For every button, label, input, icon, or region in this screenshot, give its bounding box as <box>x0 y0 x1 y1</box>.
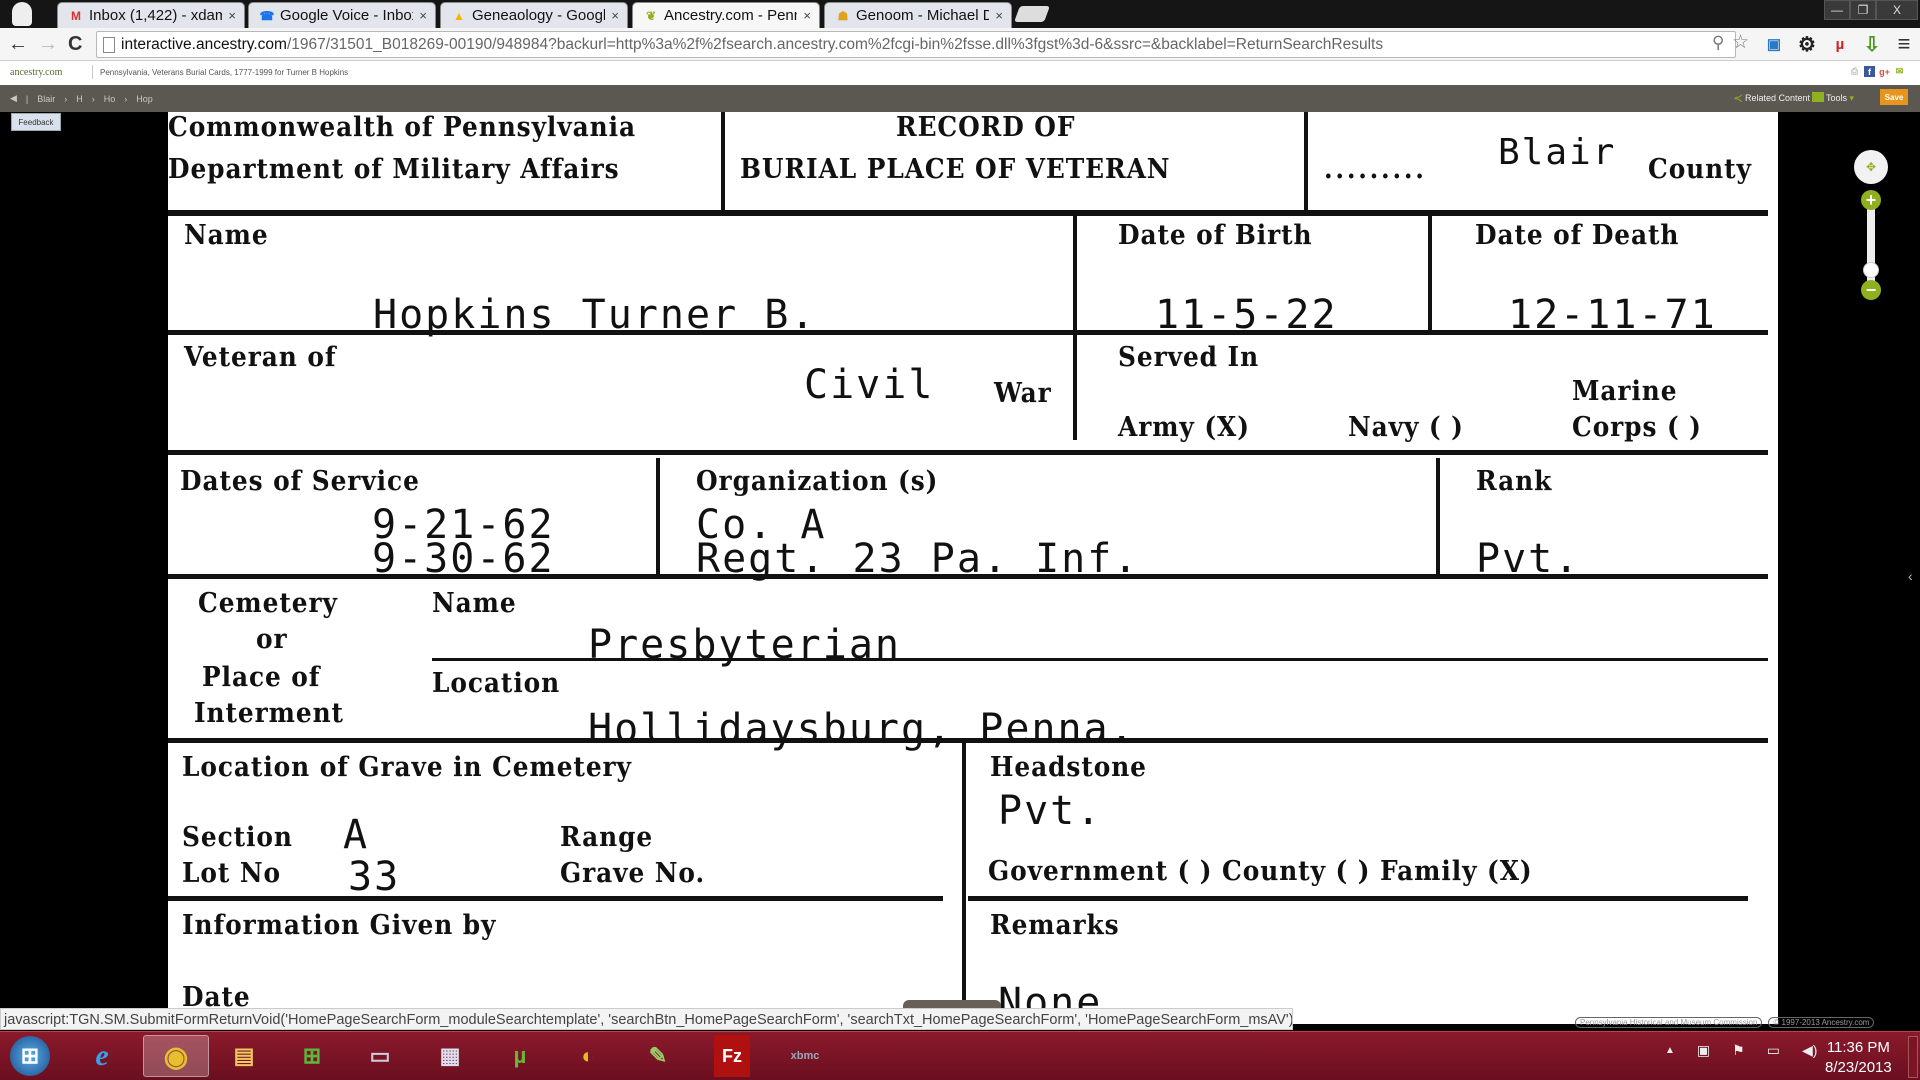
date-of-birth-label: Date of Birth <box>1118 220 1312 251</box>
restore-button[interactable]: ❐ <box>1850 0 1876 20</box>
collapse-arrow-icon[interactable]: ◀ <box>10 93 17 104</box>
jdownloader-icon[interactable]: ◐ <box>566 1035 610 1077</box>
county-dots: ......... <box>1324 154 1427 185</box>
start-button[interactable]: ⊞ <box>10 1036 50 1076</box>
card-header-burial-place: BURIAL PLACE OF VETERAN <box>740 154 1170 185</box>
cemetery-name-label: Name <box>432 588 517 619</box>
back-button[interactable]: ← <box>8 33 28 56</box>
cemetery-label-2: or <box>256 624 287 655</box>
marine-label: Marine <box>1572 376 1678 407</box>
browser-toolbar: ← → C interactive.ancestry.com/1967/3150… <box>0 28 1920 61</box>
card-header-record-of: RECORD OF <box>896 112 1075 143</box>
ancestry-logo[interactable]: ancestry.com <box>10 67 62 78</box>
divider <box>1428 216 1432 332</box>
bookmark-star-icon[interactable]: ☆ <box>1732 31 1749 54</box>
image-tools-icon <box>1812 92 1824 102</box>
organizations-label: Organization (s) <box>696 466 938 497</box>
tab-title: Ancestry.com - Penns <box>664 7 797 24</box>
action-center-flag-icon[interactable]: ⚑ <box>1732 1042 1745 1059</box>
card-header-department: Department of Military Affairs <box>168 154 620 185</box>
breadcrumb-item[interactable]: Ho <box>104 94 116 104</box>
pan-control-icon[interactable]: ✥ <box>1854 150 1888 184</box>
zoom-slider-handle[interactable] <box>1863 262 1879 278</box>
show-hidden-icons-button[interactable]: ▲ <box>1665 1042 1675 1059</box>
section-label: Section <box>182 822 293 853</box>
url-path: /1967/31501_B018269-00190/948984?backurl… <box>287 36 1383 53</box>
divider <box>168 330 1768 335</box>
cemetery-label-3: Place of <box>202 662 320 693</box>
utorrent-error-extension-icon[interactable]: µ <box>1828 32 1852 56</box>
info-given-by-label: Information Given by <box>182 910 496 941</box>
tab-google-voice[interactable]: ☎ Google Voice - Inbox × <box>248 2 436 28</box>
army-checkbox-label: Army (X) <box>1118 412 1250 443</box>
print-icon[interactable]: ⎙ <box>1849 66 1860 77</box>
system-tray: ▲ ▣ ⚑ ▭ ◀) <box>1665 1042 1817 1059</box>
feedback-button[interactable]: Feedback <box>11 113 61 131</box>
url-host: interactive.ancestry.com <box>121 36 287 53</box>
county-label: County <box>1648 154 1752 185</box>
utorrent-icon[interactable]: µ <box>498 1035 542 1077</box>
divider <box>168 738 1768 743</box>
tab-ancestry[interactable]: ❦ Ancestry.com - Penns × <box>632 2 820 28</box>
filezilla-icon[interactable]: Fz <box>714 1035 750 1077</box>
divider <box>1436 458 1440 576</box>
copyright-credit: © 1997-2013 Ancestry.com <box>1768 1017 1874 1028</box>
google-voice-icon: ☎ <box>259 8 275 24</box>
windows-taskbar: ⊞ e ◉ ▤ ⊞ ▭ ▦ µ ◐ ✎ Fz xbmc ▲ ▣ ⚑ ▭ ◀) 1… <box>0 1031 1920 1080</box>
headstone-type-options: Government ( ) County ( ) Family (X) <box>988 856 1533 887</box>
divider <box>92 65 93 79</box>
tools-label: Tools <box>1826 93 1847 103</box>
tools-dropdown[interactable]: Tools ▾ <box>1826 93 1854 104</box>
image-credits: Pennsylvania Historical and Museum Commi… <box>1575 1017 1874 1028</box>
grave-no-label: Grave No. <box>560 858 705 889</box>
link-status-bubble: javascript:TGN.SM.SubmitFormReturnVoid('… <box>0 1008 1293 1030</box>
image-viewer-toolbar: ◀ | Blair › H › Ho › Hop ≺ Related Conte… <box>0 85 1920 112</box>
zoom-in-button[interactable]: + <box>1861 190 1881 210</box>
remarks-label: Remarks <box>990 910 1120 941</box>
cemetery-location-value: Hollidaysburg, Penna. <box>588 706 1136 752</box>
cemetery-label-1: Cemetery <box>198 588 338 619</box>
divider <box>168 896 943 901</box>
reload-button[interactable]: C <box>68 33 82 56</box>
xbmc-icon[interactable]: xbmc <box>780 1035 830 1077</box>
cemetery-name-value: Presbyterian <box>588 622 901 668</box>
chevron-right-icon: › <box>92 94 95 104</box>
address-bar[interactable]: interactive.ancestry.com/1967/31501_B018… <box>96 31 1736 58</box>
gmail-icon: M <box>68 8 84 24</box>
headstone-label: Headstone <box>990 752 1147 783</box>
profile-avatar-icon[interactable] <box>12 2 32 26</box>
breadcrumb: ◀ | Blair › H › Ho › Hop <box>10 93 153 104</box>
divider <box>1304 112 1308 210</box>
volume-icon[interactable]: ◀) <box>1802 1042 1817 1059</box>
network-app-icon[interactable]: ▣ <box>1697 1042 1710 1059</box>
tab-title: Google Voice - Inbox <box>280 7 413 24</box>
divider <box>168 210 1768 216</box>
burial-record-card-image[interactable]: Commonwealth of Pennsylvania Department … <box>168 112 1778 1024</box>
close-tab-icon[interactable]: × <box>803 8 811 23</box>
tab-gmail[interactable]: M Inbox (1,422) - xdam × <box>57 2 245 28</box>
file-explorer-icon[interactable]: ▤ <box>222 1035 266 1077</box>
county-value: Blair <box>1498 132 1616 173</box>
tab-geneaology-drive[interactable]: ▲ Geneaology - Google × <box>440 2 628 28</box>
settings-extension-icon[interactable]: ⚙ <box>1795 32 1819 56</box>
download-extension-icon[interactable]: ⇩ <box>1860 32 1884 56</box>
side-panel-toggle-icon[interactable]: ‹ <box>1908 568 1913 584</box>
divider <box>721 112 725 210</box>
chrome-icon[interactable]: ◉ <box>143 1035 209 1077</box>
facebook-icon[interactable]: f <box>1864 66 1875 77</box>
minimize-button[interactable]: — <box>1824 0 1850 20</box>
search-icon[interactable]: ⚲ <box>1712 33 1724 53</box>
corps-checkbox-label: Corps ( ) <box>1572 412 1702 443</box>
divider: | <box>26 94 28 104</box>
google-plus-icon[interactable]: g+ <box>1879 66 1890 77</box>
tab-title: Inbox (1,422) - xdam <box>89 7 222 24</box>
headstone-value: Pvt. <box>998 788 1102 834</box>
divider <box>168 450 1768 455</box>
share-nodes-icon: ≺ <box>1733 91 1743 105</box>
network-icon[interactable]: ▭ <box>1767 1042 1780 1059</box>
system-clock[interactable]: 11:36 PM 8/23/2013 <box>1825 1038 1892 1078</box>
navy-checkbox-label: Navy ( ) <box>1348 412 1464 443</box>
google-drive-icon: ▲ <box>451 8 467 24</box>
breadcrumb-item[interactable]: H <box>76 94 83 104</box>
close-tab-icon[interactable]: × <box>995 8 1003 23</box>
tab-genoom[interactable]: ☗ Genoom - Michael D × <box>824 2 1012 28</box>
tab-title: Geneaology - Google <box>472 7 605 24</box>
close-tab-icon[interactable]: × <box>611 8 619 23</box>
zoom-out-button[interactable]: − <box>1861 280 1881 300</box>
close-window-button[interactable]: X <box>1876 0 1918 20</box>
notepad-plus-plus-icon[interactable]: ✎ <box>636 1035 680 1077</box>
clock-date: 8/23/2013 <box>1825 1058 1892 1078</box>
rank-label: Rank <box>1476 466 1552 497</box>
chrome-menu-icon[interactable]: ≡ <box>1892 32 1916 56</box>
divider <box>432 658 1768 661</box>
date-of-death-label: Date of Death <box>1475 220 1679 251</box>
cemetery-location-label: Location <box>432 668 560 699</box>
collection-title: Pennsylvania, Veterans Burial Cards, 177… <box>100 68 348 77</box>
source-credit: Pennsylvania Historical and Museum Commi… <box>1575 1017 1762 1028</box>
ancestry-header: ancestry.com Pennsylvania, Veterans Buri… <box>0 61 1920 85</box>
windows-media-center-icon[interactable]: ⊞ <box>290 1035 334 1077</box>
chevron-down-icon: ▾ <box>1850 93 1855 103</box>
grave-location-label: Location of Grave in Cemetery <box>182 752 632 783</box>
close-tab-icon[interactable]: × <box>228 8 236 23</box>
clock-time: 11:36 PM <box>1825 1038 1892 1058</box>
ancestry-leaf-icon: ❦ <box>643 8 659 24</box>
range-label: Range <box>560 822 653 853</box>
close-tab-icon[interactable]: × <box>419 8 427 23</box>
genoom-icon: ☗ <box>835 8 851 24</box>
divider <box>962 742 966 1024</box>
lot-no-label: Lot No <box>182 858 281 889</box>
chevron-right-icon: › <box>64 94 67 104</box>
browser-tab-strip: M Inbox (1,422) - xdam × ☎ Google Voice … <box>0 0 1920 28</box>
remote-desktop-icon[interactable]: ▭ <box>358 1035 402 1077</box>
save-button[interactable]: Save <box>1880 89 1908 105</box>
show-desktop-button[interactable] <box>1908 1036 1918 1078</box>
tab-title: Genoom - Michael D <box>856 7 989 24</box>
war-label: War <box>994 378 1052 409</box>
divider <box>168 574 1768 579</box>
page-icon <box>103 37 115 53</box>
screen-capture-extension-icon[interactable]: ▣ <box>1762 32 1786 56</box>
divider <box>1073 216 1077 440</box>
internet-explorer-icon[interactable]: e <box>80 1035 124 1077</box>
windows-security-icon[interactable]: ▦ <box>428 1035 472 1077</box>
breadcrumb-item[interactable]: Hop <box>136 94 153 104</box>
served-in-label: Served In <box>1118 342 1259 373</box>
chevron-right-icon: › <box>124 94 127 104</box>
veteran-of-label: Veteran of <box>184 342 336 373</box>
section-value: A <box>343 812 369 858</box>
card-header-commonwealth: Commonwealth of Pennsylvania <box>168 112 636 143</box>
email-icon[interactable]: ✉ <box>1894 66 1905 77</box>
divider <box>968 896 1748 901</box>
dates-of-service-label: Dates of Service <box>180 466 420 497</box>
cemetery-label-4: Interment <box>194 698 344 729</box>
image-zoom-control: ✥ + − <box>1852 148 1892 308</box>
name-label: Name <box>184 220 269 251</box>
new-tab-button[interactable] <box>1014 6 1050 22</box>
breadcrumb-item[interactable]: Blair <box>37 94 55 104</box>
divider <box>656 458 660 576</box>
lot-no-value: 33 <box>348 854 400 900</box>
related-content-button[interactable]: Related Content <box>1745 93 1810 103</box>
veteran-of-value: Civil <box>804 362 934 408</box>
forward-button[interactable]: → <box>38 33 58 56</box>
